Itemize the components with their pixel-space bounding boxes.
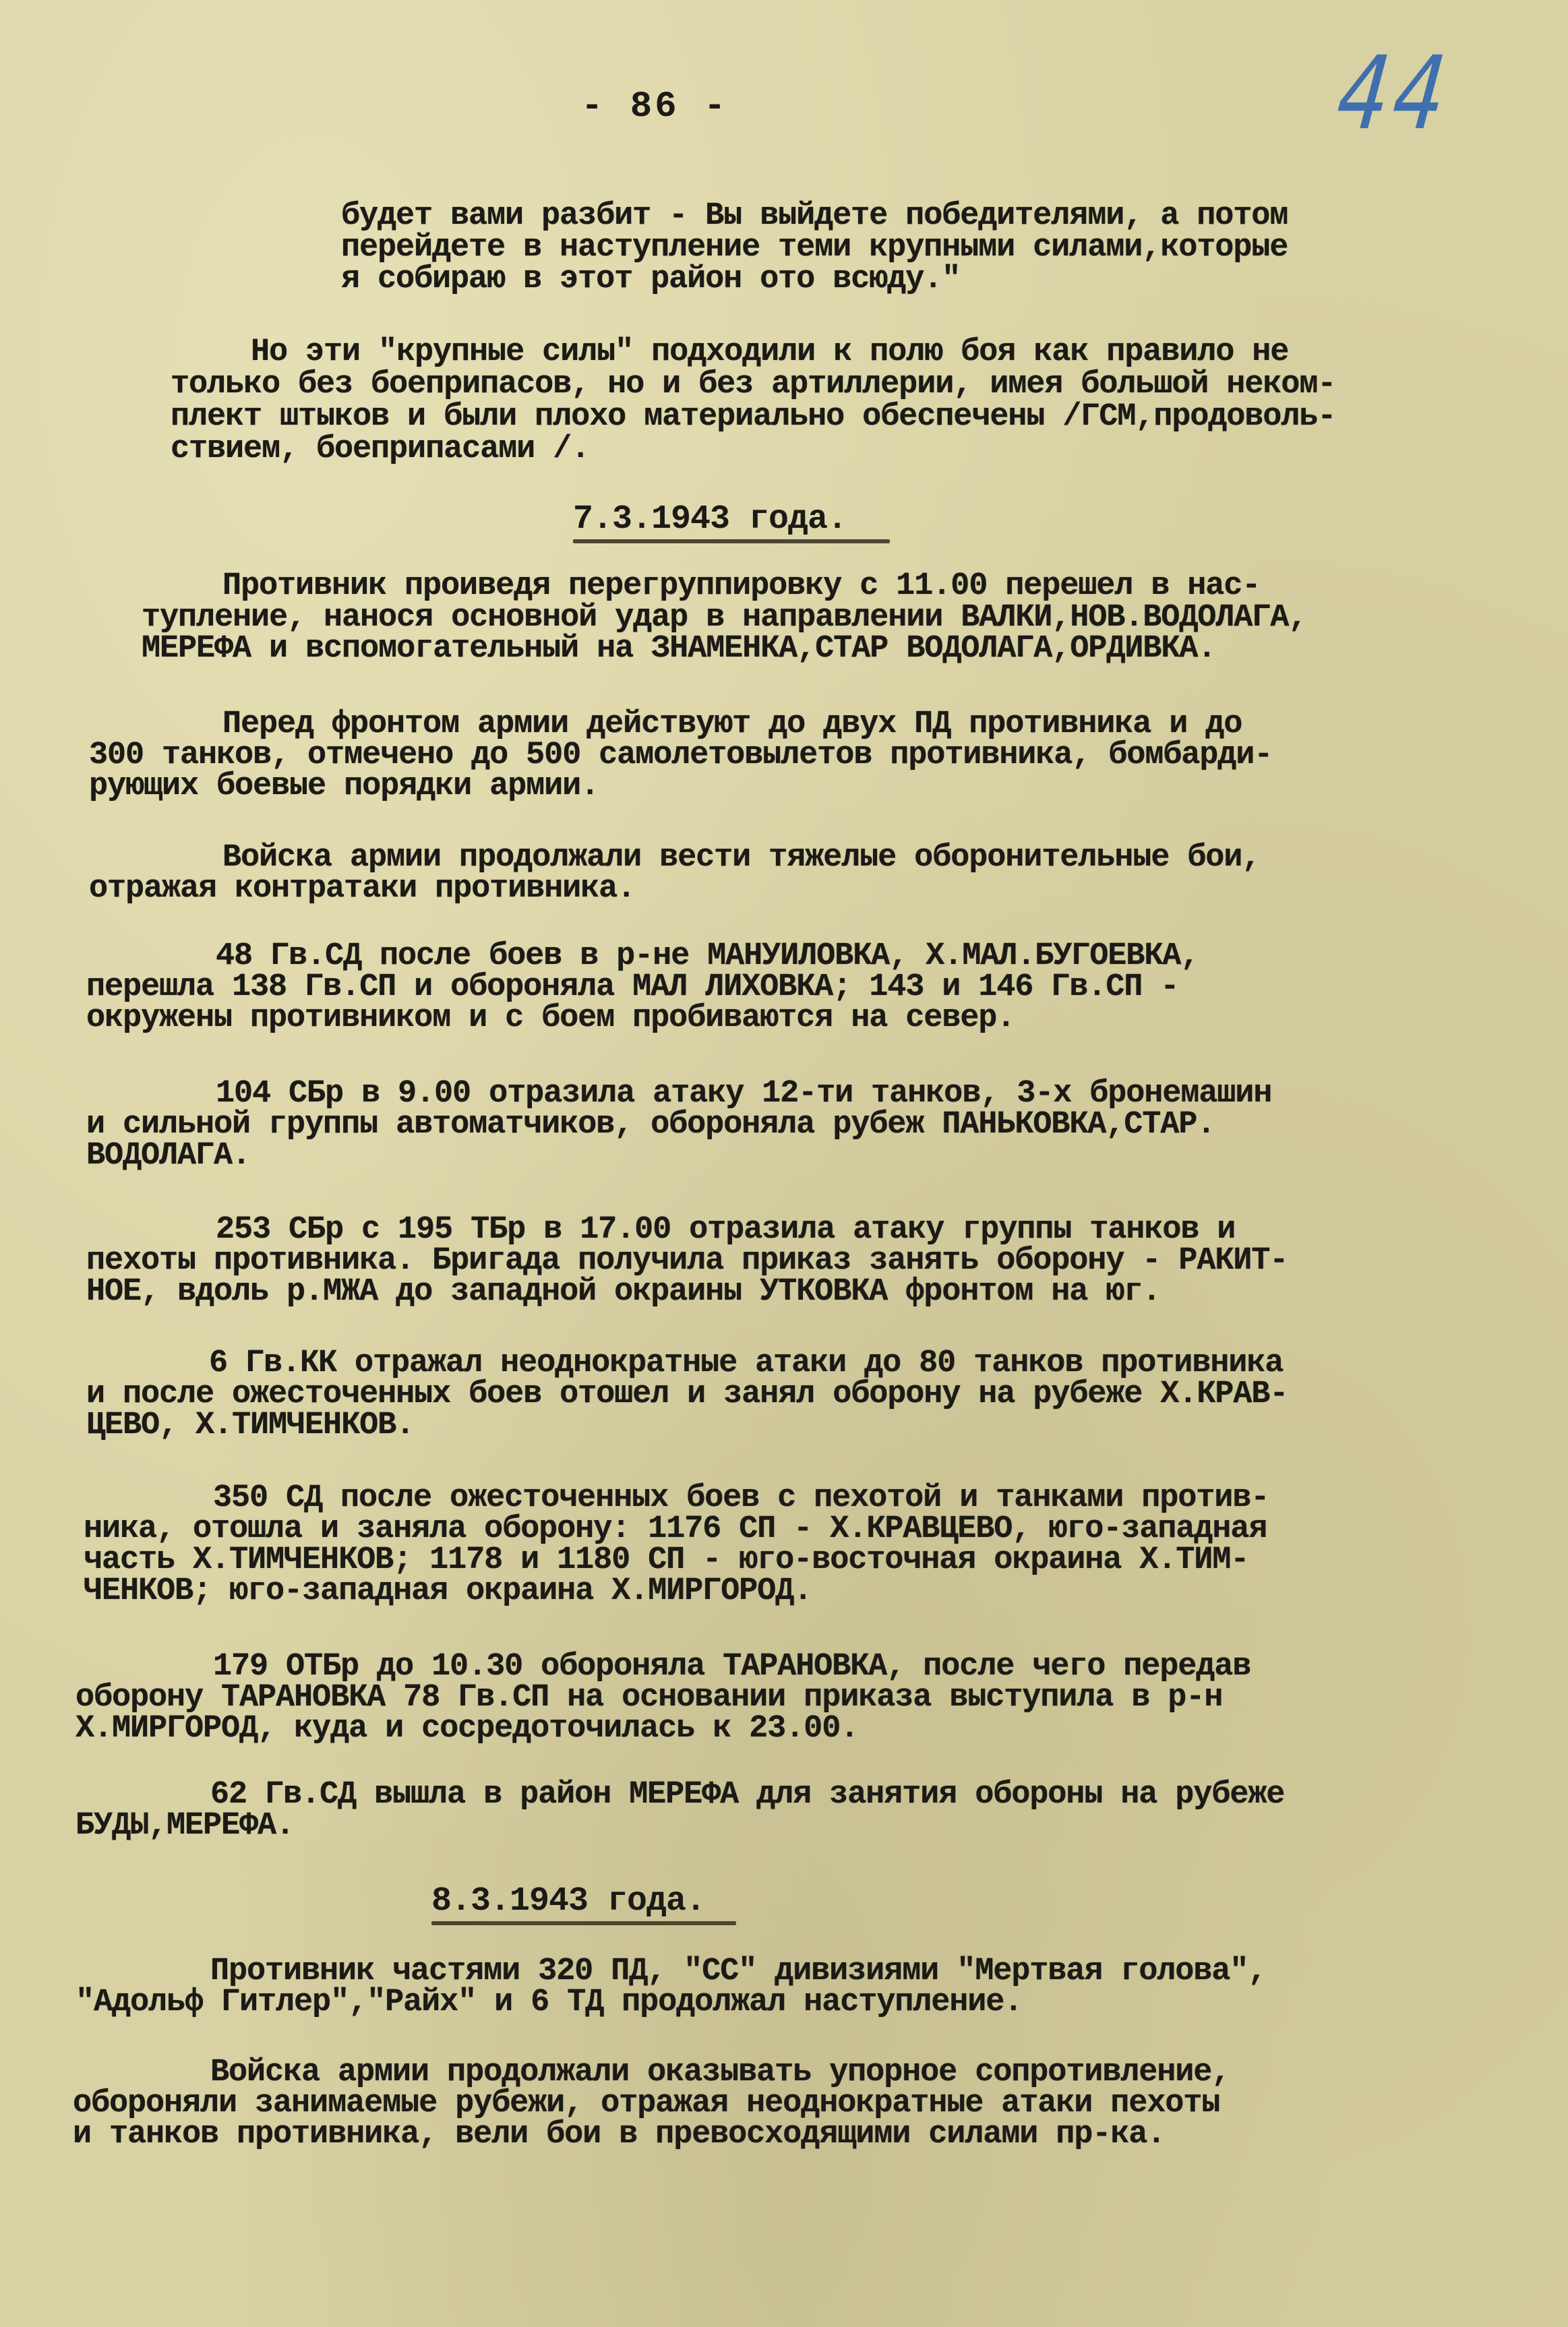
text-line: часть Х.ТИМЧЕНКОВ; 1178 и 1180 СП - юго-… — [84, 1544, 1248, 1577]
text-line: будет вами разбит - Вы выйдете победител… — [341, 200, 1288, 233]
text-line: окружены противником и с боем пробиваютс… — [86, 1002, 1015, 1035]
text-line: пехоты противника. Бригада получила прик… — [86, 1244, 1288, 1278]
date-heading-8-march-1943: 8.3.1943 года. — [431, 1882, 705, 1921]
text-line: 104 СБр в 9.00 отразила атаку 12-ти танк… — [216, 1077, 1271, 1111]
date-heading-7-march-1943: 7.3.1943 года. — [573, 500, 847, 539]
text-line: 350 СД после ожесточенных боев с пехотой… — [213, 1482, 1269, 1515]
text-line: и сильной группы автоматчиков, обороняла… — [86, 1108, 1215, 1142]
text-line: рующих боевые порядки армии. — [89, 770, 599, 804]
date-underline — [573, 539, 890, 543]
text-line: 179 ОТБр до 10.30 обороняла ТАРАНОВКА, п… — [213, 1650, 1250, 1684]
text-line: ствием, боеприпасами /. — [171, 433, 589, 466]
text-line: 300 танков, отмечено до 500 самолетовыле… — [89, 739, 1272, 773]
text-line: перейдете в наступление теми крупными си… — [341, 231, 1288, 265]
text-line: 253 СБр с 195 ТБр в 17.00 отразила атаку… — [216, 1213, 1235, 1247]
document-page: - 86 - 44 будет вами разбит - Вы выйдете… — [0, 0, 1568, 2327]
text-line: ЧЕНКОВ; юго-западная окраина Х.МИРГОРОД. — [84, 1575, 812, 1608]
text-line: и после ожесточенных боев отошел и занял… — [86, 1378, 1288, 1412]
text-line: 6 Гв.КК отражал неоднократные атаки до 8… — [209, 1347, 1283, 1381]
text-line: БУДЫ,МЕРЕФА. — [76, 1809, 294, 1843]
text-line: и танков противника, вели бои в превосхо… — [73, 2118, 1165, 2152]
text-line: Противник проиведя перегруппировку с 11.… — [222, 570, 1260, 603]
text-line: Перед фронтом армии действуют до двух ПД… — [222, 708, 1242, 742]
text-line: тупление, нанося основной удар в направл… — [142, 601, 1306, 635]
text-line: "Адольф Гитлер","Райх" и 6 ТД продолжал … — [76, 1986, 1022, 2020]
text-line: Войска армии продолжали оказывать упорно… — [210, 2056, 1230, 2090]
text-line: 48 Гв.СД после боев в р-не МАНУИЛОВКА, Х… — [216, 940, 1199, 973]
page-number: - 86 - — [581, 86, 728, 127]
text-line: ВОДОЛАГА. — [86, 1139, 250, 1173]
handwritten-archive-number: 44 — [1332, 36, 1455, 153]
text-line: Но эти "крупные силы" подходили к полю б… — [251, 336, 1288, 369]
text-line: отражая контратаки противника. — [89, 872, 635, 906]
text-line: Х.МИРГОРОД, куда и сосредоточилась к 23.… — [76, 1712, 858, 1746]
text-line: я собираю в этот район ото всюду." — [341, 263, 960, 297]
text-line: перешла 138 Гв.СП и обороняла МАЛ ЛИХОВК… — [86, 971, 1178, 1004]
text-line: МЕРЕФА и вспомогательный на ЗНАМЕНКА,СТА… — [142, 632, 1215, 666]
date-underline — [431, 1921, 736, 1925]
text-line: только без боеприпасов, но и без артилле… — [171, 368, 1335, 402]
text-line: Противник частями 320 ПД, "СС" дивизиями… — [210, 1955, 1266, 1989]
text-line: ника, отошла и заняла оборону: 1176 СП -… — [84, 1513, 1267, 1546]
text-line: НОЕ, вдоль р.МЖА до западной окраины УТК… — [86, 1275, 1160, 1309]
text-line: плект штыков и были плохо материально об… — [171, 400, 1335, 434]
text-line: оборону ТАРАНОВКА 78 Гв.СП на основании … — [76, 1681, 1222, 1715]
text-line: Войска армии продолжали вести тяжелые об… — [222, 841, 1260, 875]
text-line: ЦЕВО, Х.ТИМЧЕНКОВ. — [86, 1409, 414, 1443]
text-line: 62 Гв.СД вышла в район МЕРЕФА для заняти… — [210, 1778, 1284, 1812]
text-line: обороняли занимаемые рубежи, отражая нео… — [73, 2087, 1219, 2121]
